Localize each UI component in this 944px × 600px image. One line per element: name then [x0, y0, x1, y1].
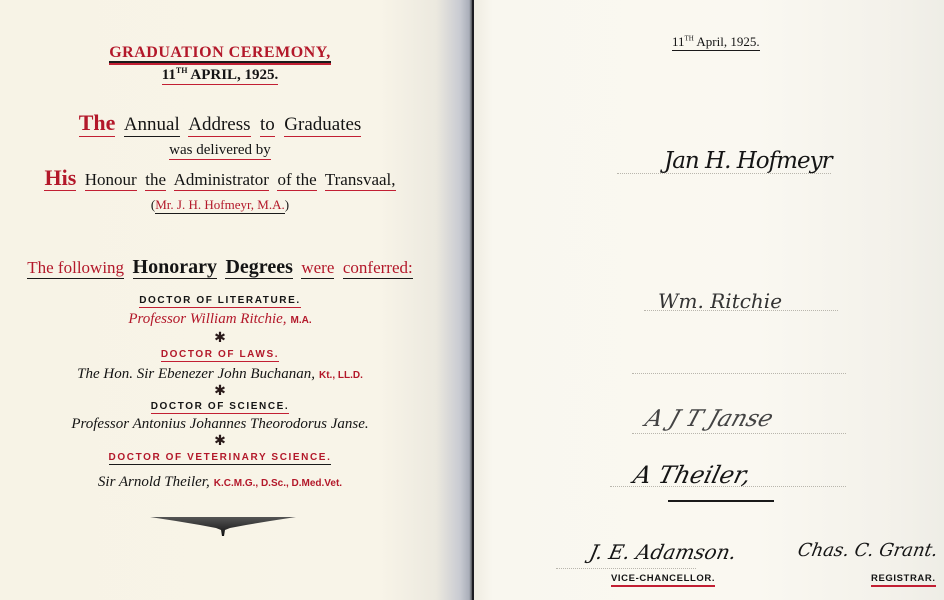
- signature-line: [632, 373, 846, 374]
- recipient-theiler: Sir Arnold Theiler,K.C.M.G., D.Sc., D.Me…: [0, 474, 440, 491]
- recipient-buchanan: The Hon. Sir Ebenezer John Buchanan,Kt.,…: [0, 366, 440, 383]
- signature-adamson: J. E. Adamson.: [587, 540, 738, 564]
- degree-heading-laws: DOCTOR OF LAWS.: [0, 349, 440, 360]
- vice-chancellor-label: VICE-CHANCELLOR.: [611, 573, 715, 587]
- address-line-2: was delivered by: [0, 142, 440, 159]
- signature-theiler: A Theiler,: [631, 461, 755, 489]
- address-line-3: His Honour the Administrator of the Tran…: [0, 165, 440, 191]
- administrator-name: (Mr. J. H. Hofmeyr, M.A.): [0, 197, 440, 213]
- degree-heading-science: DOCTOR OF SCIENCE.: [0, 401, 440, 412]
- degree-heading-veterinary: DOCTOR OF VETERINARY SCIENCE.: [0, 452, 440, 463]
- degree-heading-literature: DOCTOR OF LITERATURE.: [0, 295, 440, 306]
- signature-underline: [668, 500, 774, 502]
- signature-line: [556, 568, 696, 569]
- signature-janse: A J T Janse: [642, 406, 777, 432]
- signature-grant: Chas. C. Grant.: [796, 540, 939, 561]
- ceremony-title: GRADUATION CEREMONY,: [0, 44, 440, 62]
- recipient-janse: Professor Antonius Johannes Theorodorus …: [0, 416, 440, 433]
- asterisk-separator-icon: ✱: [0, 383, 440, 399]
- ceremony-date: 11TH APRIL, 1925.: [0, 66, 440, 84]
- ornament-tailpiece-icon: [150, 515, 296, 537]
- signature-hofmeyr: Jan H. Hofmeyr: [664, 148, 832, 174]
- signature-ritchie: Wm. Ritchie: [658, 289, 782, 313]
- register-date: 11TH April, 1925.: [672, 34, 760, 50]
- asterisk-separator-icon: ✱: [0, 330, 440, 346]
- address-line-1: The Annual Address to Graduates: [0, 110, 440, 136]
- left-page: GRADUATION CEREMONY, 11TH APRIL, 1925. T…: [0, 0, 474, 600]
- registrar-label: REGISTRAR.: [871, 573, 936, 587]
- recipient-ritchie: Professor William Ritchie,M.A.: [0, 311, 440, 328]
- honorary-degrees-heading: The following Honorary Degrees were conf…: [0, 256, 440, 279]
- open-book-spread: GRADUATION CEREMONY, 11TH APRIL, 1925. T…: [0, 0, 944, 600]
- signature-line: [632, 433, 846, 434]
- asterisk-separator-icon: ✱: [0, 433, 440, 449]
